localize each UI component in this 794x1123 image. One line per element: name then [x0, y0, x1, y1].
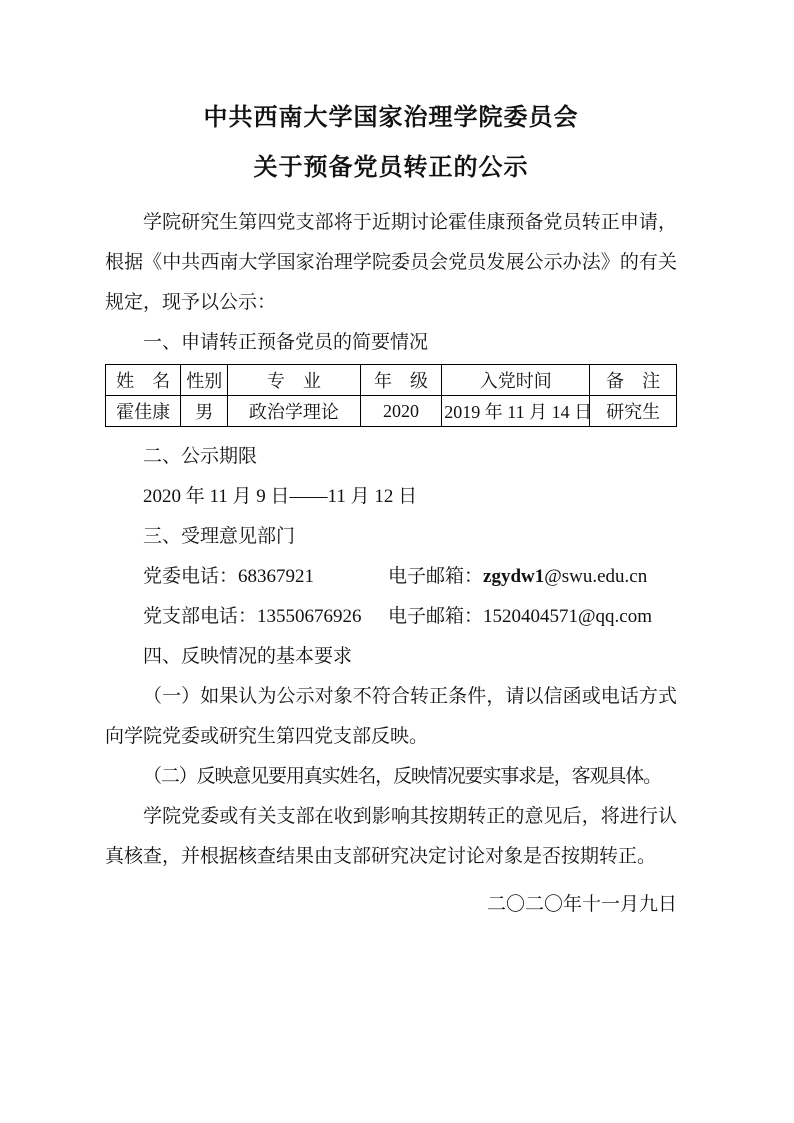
section-1-heading: 一、申请转正预备党员的简要情况	[105, 323, 677, 363]
header-major: 专 业	[228, 365, 360, 396]
branch-phone: 党支部电话：13550676926	[143, 597, 388, 637]
section-3-heading: 三、受理意见部门	[105, 517, 677, 557]
committee-contact-line: 党委电话：68367921 电子邮箱：zgydw1@swu.edu.cn	[105, 557, 677, 597]
sign-date: 二〇二〇年十一月九日	[105, 885, 677, 925]
section-4-heading: 四、反映情况的基本要求	[105, 637, 677, 677]
branch-contact-line: 党支部电话：13550676926 电子邮箱：1520404571@qq.com	[105, 597, 677, 637]
header-gender: 性别	[181, 365, 228, 396]
committee-phone-number: 68367921	[238, 566, 314, 587]
cell-grade: 2020	[360, 396, 442, 427]
branch-email: 电子邮箱：1520404571@qq.com	[388, 597, 652, 637]
publicity-period: 2020 年 11 月 9 日——11 月 12 日	[105, 477, 677, 517]
committee-email: 电子邮箱：zgydw1@swu.edu.cn	[388, 557, 647, 597]
committee-email-label: 电子邮箱：	[388, 566, 483, 587]
section-2-heading: 二、公示期限	[105, 437, 677, 477]
document-body: 学院研究生第四党支部将于近期讨论霍佳康预备党员转正申请，根据《中共西南大学国家治…	[105, 203, 677, 925]
document-title-line2: 关于预备党员转正的公示	[105, 148, 677, 188]
closing-paragraph: 学院党委或有关支部在收到影响其按期转正的意见后，将进行认真核查，并根据核查结果由…	[105, 797, 677, 877]
cell-gender: 男	[181, 396, 228, 427]
requirement-1-paragraph: （一）如果认为公示对象不符合转正条件，请以信函或电话方式向学院党委或研究生第四党…	[105, 677, 677, 757]
cell-note: 研究生	[590, 396, 677, 427]
header-note: 备 注	[590, 365, 677, 396]
member-info-table: 姓 名 性别 专 业 年 级 入党时间 备 注 霍佳康 男 政治学理论 2020…	[105, 364, 677, 427]
document-title-line1: 中共西南大学国家治理学院委员会	[105, 98, 677, 138]
table-header-row: 姓 名 性别 专 业 年 级 入党时间 备 注	[106, 365, 677, 396]
cell-major: 政治学理论	[228, 396, 360, 427]
header-name: 姓 名	[106, 365, 181, 396]
committee-phone: 党委电话：68367921	[143, 557, 388, 597]
branch-email-address: 1520404571@qq.com	[483, 606, 652, 627]
committee-phone-label: 党委电话：	[143, 566, 238, 587]
branch-phone-number: 13550676926	[257, 606, 362, 627]
committee-email-user: zgydw1	[483, 566, 544, 587]
branch-phone-label: 党支部电话：	[143, 606, 257, 627]
cell-join-date: 2019 年 11 月 14 日	[442, 396, 590, 427]
branch-email-label: 电子邮箱：	[388, 606, 483, 627]
table-row: 霍佳康 男 政治学理论 2020 2019 年 11 月 14 日 研究生	[106, 396, 677, 427]
requirement-2-paragraph: （二）反映意见要用真实姓名，反映情况要实事求是，客观具体。	[105, 757, 677, 797]
header-join-date: 入党时间	[442, 365, 590, 396]
document-page: 中共西南大学国家治理学院委员会 关于预备党员转正的公示 学院研究生第四党支部将于…	[0, 0, 794, 1123]
cell-name: 霍佳康	[106, 396, 181, 427]
intro-paragraph: 学院研究生第四党支部将于近期讨论霍佳康预备党员转正申请，根据《中共西南大学国家治…	[105, 203, 677, 323]
header-grade: 年 级	[360, 365, 442, 396]
committee-email-domain: @swu.edu.cn	[544, 566, 647, 587]
